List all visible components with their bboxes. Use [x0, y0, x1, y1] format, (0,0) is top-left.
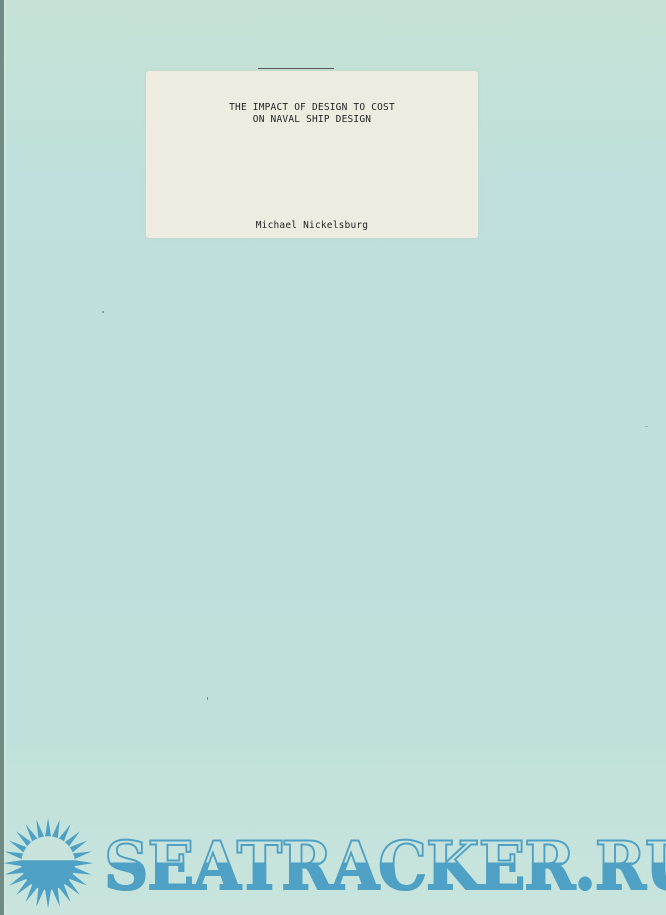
label-rule — [258, 68, 334, 69]
cover-label — [146, 71, 478, 238]
title-line-2: ON NAVAL SHIP DESIGN — [146, 114, 478, 125]
watermark-logo: SEATRACKER.RU — [0, 815, 666, 915]
sun-icon — [2, 817, 98, 913]
binding-edge-highlight — [4, 0, 6, 915]
speck — [102, 311, 104, 313]
title-line-1: THE IMPACT OF DESIGN TO COST — [146, 102, 478, 113]
watermark-text: SEATRACKER.RU — [104, 831, 666, 901]
speck — [645, 426, 648, 427]
speck — [207, 697, 208, 700]
author-name: Michael Nickelsburg — [146, 220, 478, 231]
